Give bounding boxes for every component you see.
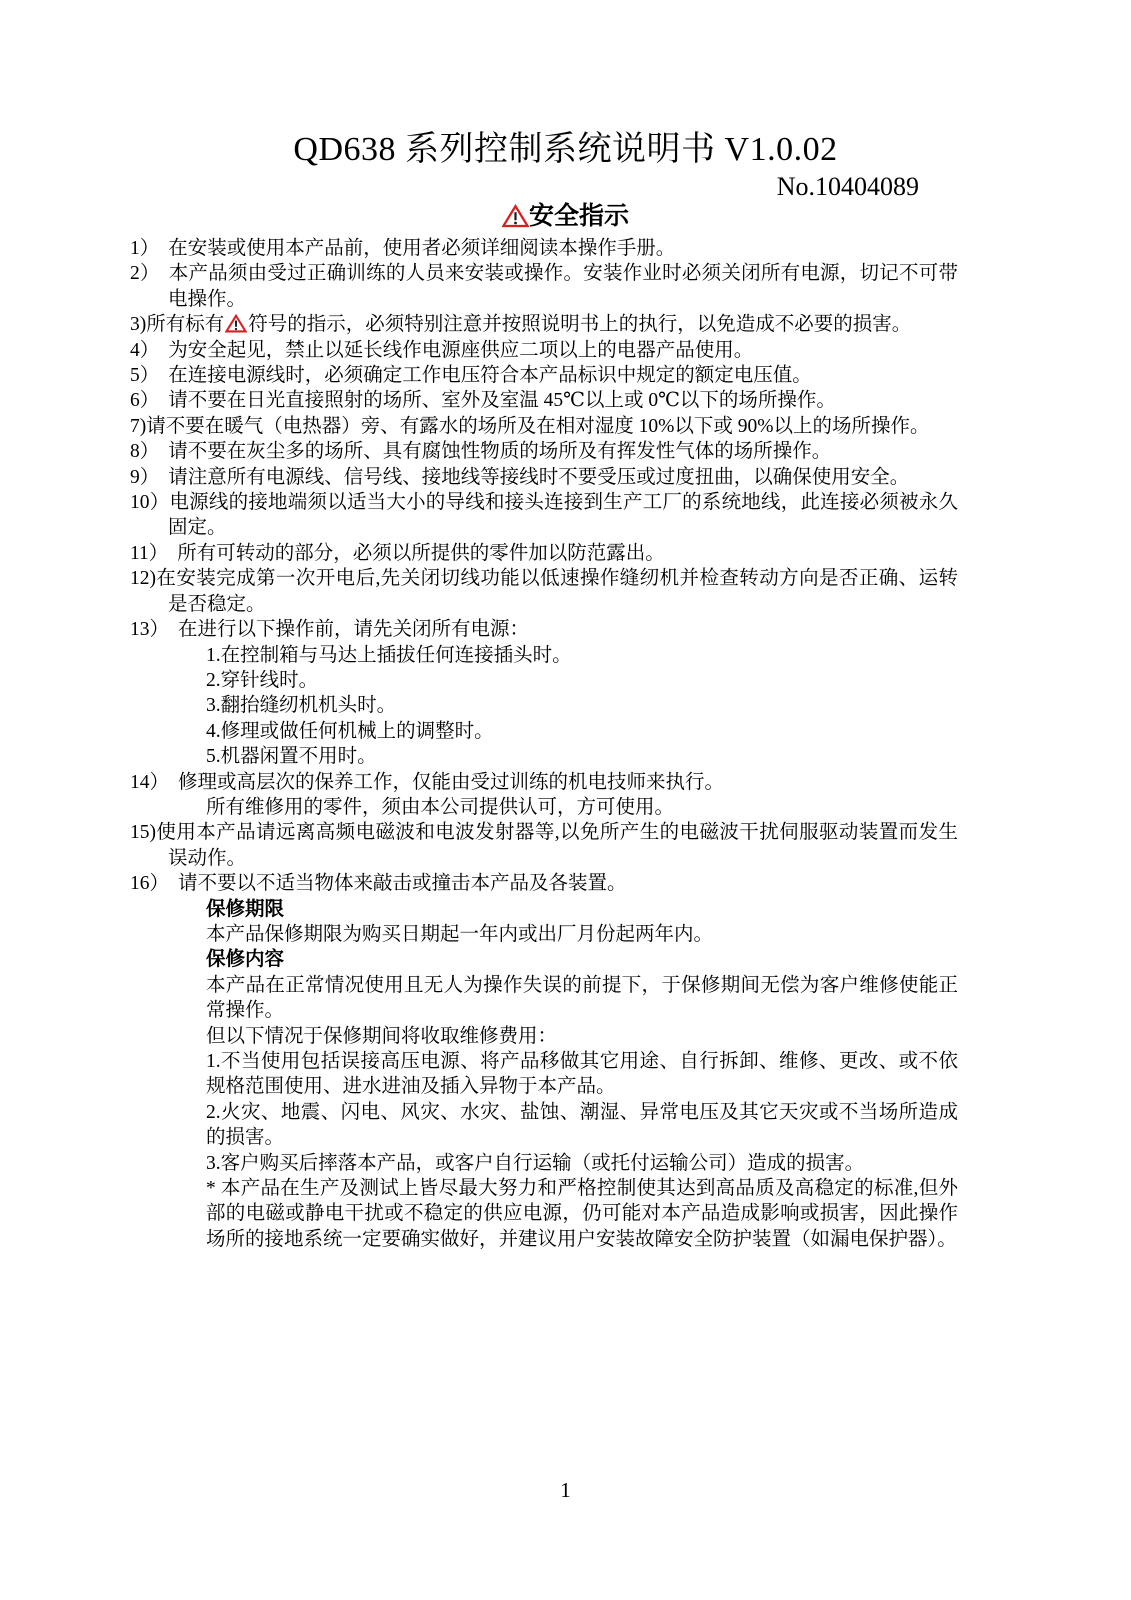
item-number: 1）: [130, 238, 159, 259]
item-number: 14）: [130, 772, 169, 793]
safety-section-heading: 安全指示: [0, 202, 1131, 232]
item-number: 3): [130, 314, 146, 335]
item-text: 电源线的接地端须以适当大小的导线和接头连接到生产工厂的系统地线，此连接必须被永久…: [168, 492, 958, 538]
safety-item-13-sub-1: 1.在控制箱与马达上插拔任何连接插头时。: [206, 643, 958, 668]
item-number: 9）: [130, 467, 159, 488]
safety-item-14: 14）修理或高层次的保养工作，仅能由受过训练的机电技师来执行。: [168, 770, 958, 795]
page-title: QD638 系列控制系统说明书 V1.0.02: [0, 0, 1131, 172]
warranty-fee-item-3: 3.客户购买后摔落本产品，或客户自行运输（或托付运输公司）造成的损害。: [206, 1151, 958, 1176]
safety-item-13-sub-2: 2.穿针线时。: [206, 668, 958, 693]
item-text: 本产品须由受过正确训练的人员来安装或操作。安装作业时必须关闭所有电源，切记不可带…: [168, 263, 958, 309]
item-text: 使用本产品请远离高频电磁波和电波发射器等,以免所产生的电磁波干扰伺服驱动装置而发…: [156, 822, 958, 868]
item-text: 在连接电源线时，必须确定工作电压符合本产品标识中规定的额定电压值。: [168, 365, 812, 386]
safety-item-10: 10）电源线的接地端须以适当大小的导线和接头连接到生产工厂的系统地线，此连接必须…: [168, 490, 958, 541]
safety-item-2: 2）本产品须由受过正确训练的人员来安装或操作。安装作业时必须关闭所有电源，切记不…: [168, 261, 958, 312]
item-number: 4）: [130, 340, 159, 361]
item-text: 在安装或使用本产品前，使用者必须详细阅读本操作手册。: [168, 238, 675, 259]
item-text: 在进行以下操作前，请先关闭所有电源：: [178, 619, 529, 640]
warranty-section: 保修期限 本产品保修期限为购买日期起一年内或出厂月份起两年内。 保修内容 本产品…: [168, 897, 958, 1253]
warranty-fee-intro: 但以下情况于保修期间将收取维修费用：: [206, 1024, 958, 1049]
item-text: 请不要在暖气（电热器）旁、有露水的场所及在相对湿度 10%以下或 90%以上的场…: [146, 416, 929, 437]
safety-instructions-list: 1）在安装或使用本产品前，使用者必须详细阅读本操作手册。 2）本产品须由受过正确…: [168, 236, 958, 1252]
warning-triangle-icon: [224, 314, 248, 335]
item-text: 所有标有: [146, 314, 224, 335]
item-text: 符号的指示，必须特别注意并按照说明书上的执行，以免造成不必要的损害。: [248, 314, 911, 335]
warranty-fee-item-1: 1.不当使用包括误接高压电源、将产品移做其它用途、自行拆卸、维修、更改、或不依规…: [206, 1049, 958, 1100]
item-text: 请不要在日光直接照射的场所、室外及室温 45℃以上或 0℃以下的场所操作。: [168, 390, 836, 411]
safety-item-14-line2: 所有维修用的零件，须由本公司提供认可，方可使用。: [206, 795, 958, 820]
item-number: 7): [130, 416, 146, 437]
safety-item-4: 4）为安全起见，禁止以延长线作电源座供应二项以上的电器产品使用。: [168, 338, 958, 363]
item-text: 请不要在灰尘多的场所、具有腐蚀性物质的场所及有挥发性气体的场所操作。: [168, 441, 831, 462]
item-number: 15): [130, 822, 156, 843]
item-number: 2）: [130, 263, 160, 284]
item-text: 在安装完成第一次开电后,先关闭切线功能以低速操作缝纫机并检查转动方向是否正确、运…: [156, 568, 958, 614]
doc-number: No.10404089: [0, 172, 1131, 202]
safety-item-6: 6）请不要在日光直接照射的场所、室外及室温 45℃以上或 0℃以下的场所操作。: [168, 388, 958, 413]
safety-item-11: 11）所有可转动的部分，必须以所提供的零件加以防范露出。: [168, 541, 958, 566]
warranty-fee-item-2: 2.火灾、地震、闪电、风灾、水灾、盐蚀、潮湿、异常电压及其它天灾或不当场所造成的…: [206, 1100, 958, 1151]
safety-item-13-sub-5: 5.机器闲置不用时。: [206, 744, 958, 769]
item-text: 请注意所有电源线、信号线、接地线等接线时不要受压或过度扭曲，以确保使用安全。: [168, 467, 909, 488]
item-text: 为安全起见，禁止以延长线作电源座供应二项以上的电器产品使用。: [168, 340, 753, 361]
warranty-period-text: 本产品保修期限为购买日期起一年内或出厂月份起两年内。: [206, 922, 958, 947]
safety-item-13-sub-4: 4.修理或做任何机械上的调整时。: [206, 719, 958, 744]
item-number: 12): [130, 568, 156, 589]
safety-item-15: 15)使用本产品请远离高频电磁波和电波发射器等,以免所产生的电磁波干扰伺服驱动装…: [168, 820, 958, 871]
manual-page: QD638 系列控制系统说明书 V1.0.02 No.10404089 安全指示…: [0, 0, 1131, 1600]
safety-item-8: 8）请不要在灰尘多的场所、具有腐蚀性物质的场所及有挥发性气体的场所操作。: [168, 439, 958, 464]
warning-triangle-icon: [502, 202, 529, 232]
safety-item-5: 5）在连接电源线时，必须确定工作电压符合本产品标识中规定的额定电压值。: [168, 363, 958, 388]
item-text: 所有可转动的部分，必须以所提供的零件加以防范露出。: [177, 543, 665, 564]
page-number: 1: [0, 1478, 1131, 1503]
item-number: 16）: [130, 873, 169, 894]
safety-item-7: 7)请不要在暖气（电热器）旁、有露水的场所及在相对湿度 10%以下或 90%以上…: [168, 414, 958, 439]
item-number: 10）: [130, 492, 169, 513]
safety-item-13: 13）在进行以下操作前，请先关闭所有电源：: [168, 617, 958, 642]
safety-heading-label: 安全指示: [529, 203, 629, 230]
warranty-note: * 本产品在生产及测试上皆尽最大努力和严格控制使其达到高品质及高稳定的标准,但外…: [206, 1176, 958, 1252]
item-text: 修理或高层次的保养工作，仅能由受过训练的机电技师来执行。: [178, 772, 724, 793]
item-number: 8）: [130, 441, 159, 462]
item-number: 11）: [130, 543, 168, 564]
safety-item-9: 9）请注意所有电源线、信号线、接地线等接线时不要受压或过度扭曲，以确保使用安全。: [168, 465, 958, 490]
safety-item-12: 12)在安装完成第一次开电后,先关闭切线功能以低速操作缝纫机并检查转动方向是否正…: [168, 566, 958, 617]
safety-item-3: 3)所有标有符号的指示，必须特别注意并按照说明书上的执行，以免造成不必要的损害。: [168, 312, 958, 337]
item-number: 6）: [130, 390, 159, 411]
item-number: 5）: [130, 365, 159, 386]
safety-item-13-sub-3: 3.翻抬缝纫机机头时。: [206, 693, 958, 718]
warranty-content-heading: 保修内容: [206, 947, 958, 972]
safety-item-16: 16）请不要以不适当物体来敲击或撞击本产品及各装置。: [168, 871, 958, 896]
warranty-period-heading: 保修期限: [206, 897, 958, 922]
item-number: 13）: [130, 619, 169, 640]
warranty-content-text: 本产品在正常情况使用且无人为操作失误的前提下，于保修期间无偿为客户维修使能正常操…: [206, 973, 958, 1024]
item-text: 请不要以不适当物体来敲击或撞击本产品及各装置。: [178, 873, 627, 894]
safety-item-1: 1）在安装或使用本产品前，使用者必须详细阅读本操作手册。: [168, 236, 958, 261]
